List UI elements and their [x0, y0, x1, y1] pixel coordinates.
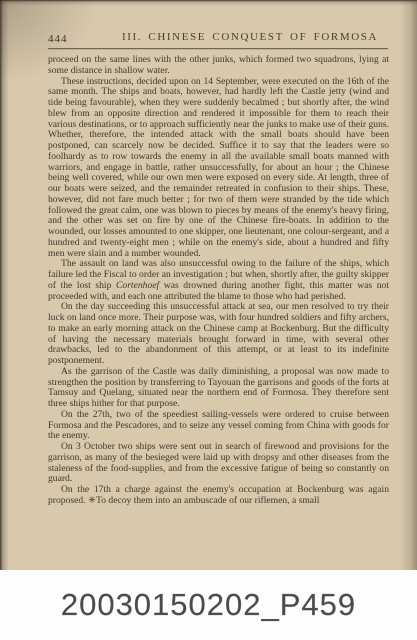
paragraph: On the day succeeding this unsuccessful …	[48, 302, 389, 367]
paragraph: The assault on land was also unsuccessfu…	[48, 259, 389, 302]
paragraph-run: These instructions, decided upon on 14 S…	[48, 76, 389, 259]
paragraph: proceed on the same lines with the other…	[48, 55, 389, 77]
scanned-book-page: 444 III. CHINESE CONQUEST OF FORMOSA pro…	[0, 0, 417, 640]
running-header: 444 III. CHINESE CONQUEST OF FORMOSA	[48, 31, 388, 47]
paragraph-run: As the garrison of the Castle was daily …	[48, 366, 389, 409]
chapter-title: III. CHINESE CONQUEST OF FORMOSA	[112, 31, 388, 43]
paragraph: On the 17th a charge against the enemy's…	[48, 485, 389, 507]
paragraph-run: On the 27th, two of the speediest sailin…	[48, 409, 389, 442]
paragraph-run: On the 17th a charge against the enemy's…	[48, 484, 389, 506]
paragraph-run: proceed on the same lines with the other…	[48, 54, 389, 76]
paragraph: On 3 October two ships were sent out in …	[48, 442, 389, 485]
header-rule	[48, 48, 388, 49]
paragraph-run: On 3 October two ships were sent out in …	[48, 441, 389, 484]
archive-label: 20030150202_P459	[61, 587, 356, 623]
paragraph: These instructions, decided upon on 14 S…	[48, 77, 389, 260]
ship-name-italic: Cortenhoef	[116, 280, 159, 291]
paper-scan: 444 III. CHINESE CONQUEST OF FORMOSA pro…	[0, 0, 417, 570]
paragraph-run: On the day succeeding this unsuccessful …	[48, 301, 389, 366]
page-number: 444	[48, 33, 68, 45]
paragraph: As the garrison of the Castle was daily …	[48, 367, 389, 410]
paragraph: On the 27th, two of the speediest sailin…	[48, 410, 389, 442]
text-block: proceed on the same lines with the other…	[48, 55, 389, 507]
archive-label-strip: 20030150202_P459	[0, 570, 417, 640]
